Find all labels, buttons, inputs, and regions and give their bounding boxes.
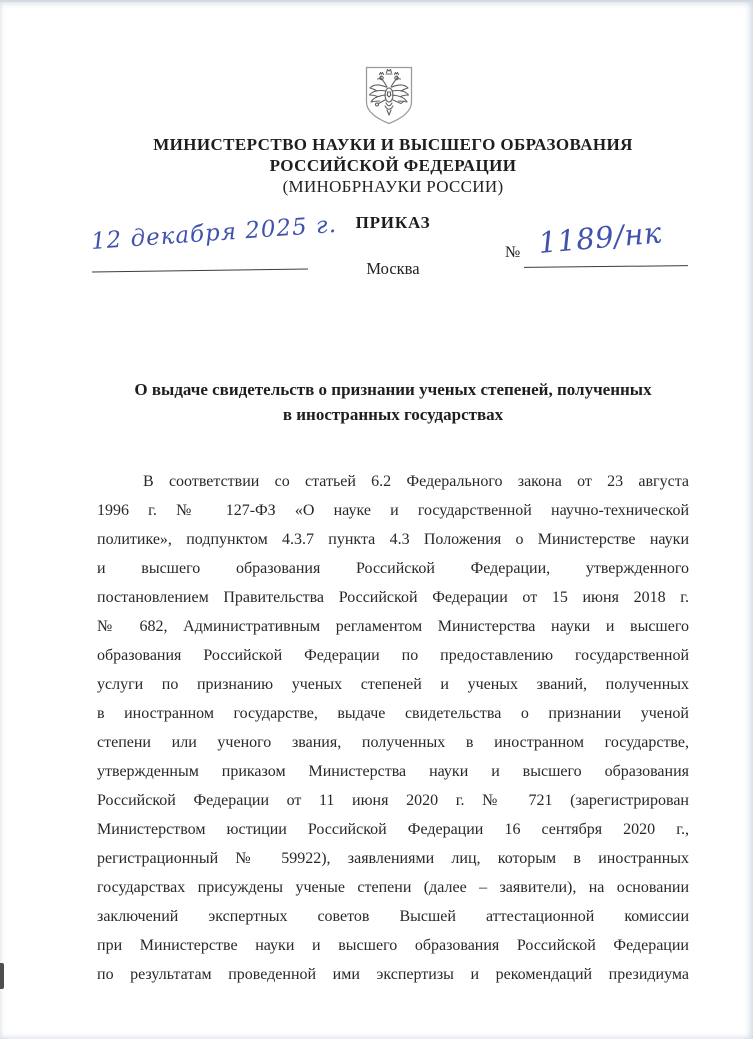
body-line: государствах присуждены ученые степени (… <box>97 873 689 902</box>
body-line: степени или ученого звания, полученных в… <box>97 728 689 757</box>
scan-edge-artifact-top <box>0 0 753 2</box>
document-body: В соответствии со статьей 6.2 Федерально… <box>97 467 689 989</box>
ministry-name-line2: РОССИЙСКОЙ ФЕДЕРАЦИИ <box>97 155 689 176</box>
body-line: постановлением Правительства Российской … <box>97 583 689 612</box>
body-line: № 682, Административным регламентом Мини… <box>97 612 689 641</box>
body-line: услуги по признанию ученых степеней и уч… <box>97 670 689 699</box>
document-subject: О выдаче свидетельств о признании ученых… <box>97 377 689 427</box>
ministry-name-line1: МИНИСТЕРСТВО НАУКИ И ВЫСШЕГО ОБРАЗОВАНИЯ <box>97 134 689 155</box>
body-line: образования Российской Федерации по пред… <box>97 641 689 670</box>
body-line: при Министерстве науки и высшего образов… <box>97 931 689 960</box>
body-line: 1996 г. № 127-ФЗ «О науке и государствен… <box>97 496 689 525</box>
body-line: регистрационный № 59922), заявлениями ли… <box>97 844 689 873</box>
body-line: В соответствии со статьей 6.2 Федерально… <box>97 467 689 496</box>
body-line: утвержденным приказом Министерства науки… <box>97 757 689 786</box>
document-header: МИНИСТЕРСТВО НАУКИ И ВЫСШЕГО ОБРАЗОВАНИЯ… <box>97 134 689 233</box>
city-label: Москва <box>97 259 689 279</box>
body-line: в иностранном государстве, выдаче свидет… <box>97 699 689 728</box>
subject-line1: О выдаче свидетельств о признании ученых… <box>97 377 689 402</box>
body-line: Министерством юстиции Российской Федерац… <box>97 815 689 844</box>
body-line: по результатам проведенной ими экспертиз… <box>97 960 689 989</box>
coat-of-arms-icon <box>363 66 415 126</box>
scan-edge-artifact-left <box>0 963 4 989</box>
body-line: и высшего образования Российской Федерац… <box>97 554 689 583</box>
body-line: заключений экспертных советов Высшей атт… <box>97 902 689 931</box>
body-line: Российской Федерации от 11 июня 2020 г. … <box>97 786 689 815</box>
subject-line2: в иностранных государствах <box>97 402 689 427</box>
ministry-short-name: (МИНОБРНАУКИ РОССИИ) <box>97 176 689 197</box>
body-line: политике», подпунктом 4.3.7 пункта 4.3 П… <box>97 525 689 554</box>
document-page: МИНИСТЕРСТВО НАУКИ И ВЫСШЕГО ОБРАЗОВАНИЯ… <box>0 0 753 1039</box>
